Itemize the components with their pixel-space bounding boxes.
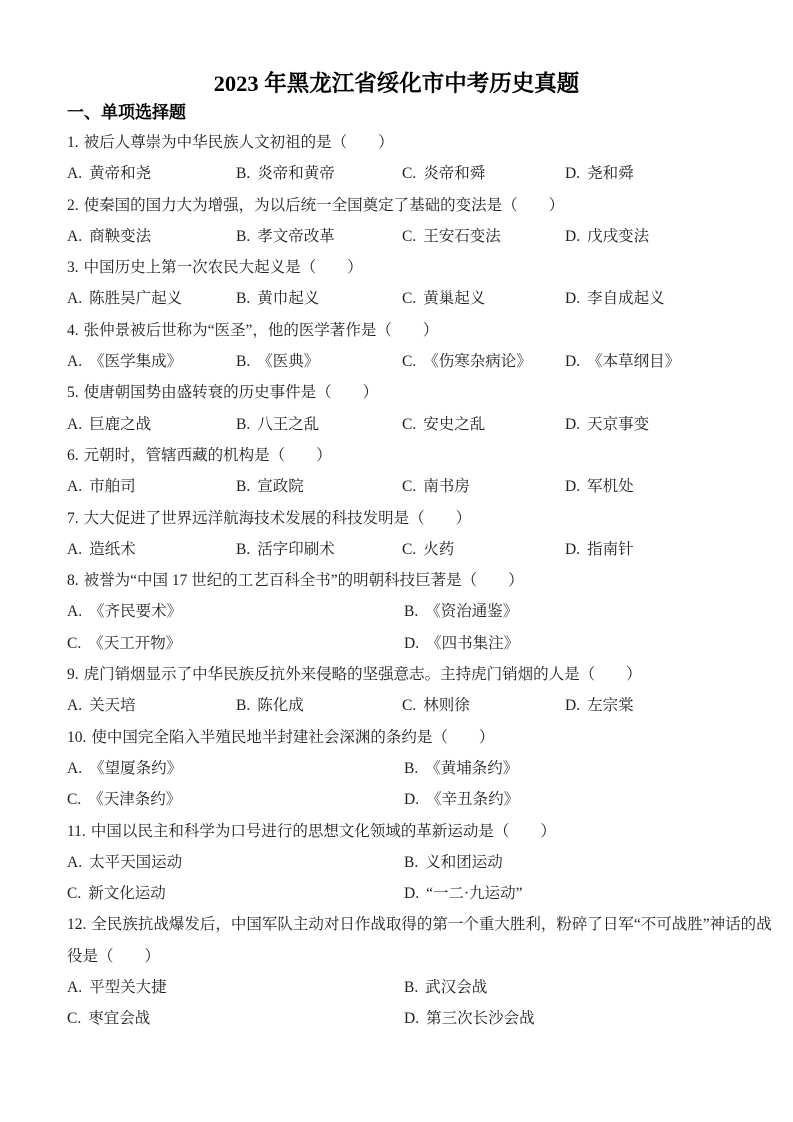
option-text: 戊戌变法 xyxy=(587,228,649,245)
option-text: 《伤寒杂病论》 xyxy=(423,353,532,370)
options-row: A.《医学集成》 B.《医典》 C.《伤寒杂病论》 D.《本草纲目》 xyxy=(67,346,763,377)
options-row: A.太平天国运动 B.义和团运动 xyxy=(67,847,763,878)
question-number: 4. xyxy=(67,322,79,339)
option-d: D.“一二·九运动” xyxy=(404,878,763,909)
option-text: 指南针 xyxy=(587,541,634,558)
question-text: 10.使中国完全陷入半殖民地半封建社会深渊的条约是（ ） xyxy=(67,722,763,753)
option-label: B. xyxy=(236,697,250,714)
option-c: C.林则徐 xyxy=(402,690,565,721)
question-number: 1. xyxy=(67,134,79,151)
question-number: 3. xyxy=(67,259,79,276)
question: 2.使秦国的国力大为增强，为以后统一全国奠定了基础的变法是（ ） A.商鞅变法 … xyxy=(67,190,763,253)
question-stem: 中国以民主和科学为口号进行的思想文化领域的革新运动是（ ） xyxy=(91,823,556,840)
option-label: B. xyxy=(236,478,250,495)
option-b: B.武汉会战 xyxy=(404,972,763,1003)
question: 8.被誉为“中国 17 世纪的工艺百科全书”的明朝科技巨著是（ ） A.《齐民要… xyxy=(67,565,763,659)
option-label: C. xyxy=(67,1010,81,1027)
option-a: A.关天培 xyxy=(67,690,236,721)
option-label: A. xyxy=(67,165,82,182)
option-label: D. xyxy=(565,353,580,370)
question: 9.虎门销烟显示了中华民族反抗外来侵略的坚强意志。主持虎门销烟的人是（ ） A.… xyxy=(67,659,763,722)
option-text: 王安石变法 xyxy=(423,228,501,245)
option-label: C. xyxy=(67,885,81,902)
option-b: B.八王之乱 xyxy=(236,409,402,440)
option-c: C.枣宜会战 xyxy=(67,1003,404,1034)
option-label: B. xyxy=(236,353,250,370)
option-d: D.《辛丑条约》 xyxy=(404,784,763,815)
question-stem: 使秦国的国力大为增强，为以后统一全国奠定了基础的变法是（ ） xyxy=(84,197,565,214)
option-text: 活字印刷术 xyxy=(257,541,335,558)
question-number: 12. xyxy=(67,916,86,933)
option-b: B.孝文帝改革 xyxy=(236,221,402,252)
option-d: D.军机处 xyxy=(565,471,763,502)
option-label: A. xyxy=(67,416,82,433)
option-label: D. xyxy=(404,885,419,902)
option-text: 《黄埔条约》 xyxy=(425,760,518,777)
option-label: D. xyxy=(565,697,580,714)
option-text: 左宗棠 xyxy=(587,697,634,714)
option-b: B.黄巾起义 xyxy=(236,283,402,314)
question-text: 4.张仲景被后世称为“医圣”，他的医学著作是（ ） xyxy=(67,315,763,346)
options-row: C.《天津条约》 D.《辛丑条约》 xyxy=(67,784,763,815)
option-text: 《齐民要术》 xyxy=(89,603,182,620)
option-c: C.黄巢起义 xyxy=(402,283,565,314)
question: 4.张仲景被后世称为“医圣”，他的医学著作是（ ） A.《医学集成》 B.《医典… xyxy=(67,315,763,378)
option-label: D. xyxy=(565,478,580,495)
option-a: A.《望厦条约》 xyxy=(67,753,404,784)
question-number: 9. xyxy=(67,666,79,683)
question-text: 8.被誉为“中国 17 世纪的工艺百科全书”的明朝科技巨著是（ ） xyxy=(67,565,763,596)
option-b: B.炎帝和黄帝 xyxy=(236,158,402,189)
option-label: B. xyxy=(236,541,250,558)
option-text: 林则徐 xyxy=(423,697,470,714)
option-text: 市舶司 xyxy=(89,478,136,495)
options-row: A.市舶司 B.宣政院 C.南书房 D.军机处 xyxy=(67,471,763,502)
option-text: 造纸术 xyxy=(89,541,136,558)
option-label: C. xyxy=(402,228,416,245)
option-text: 《本草纲目》 xyxy=(587,353,680,370)
question-text: 7.大大促进了世界远洋航海技术发展的科技发明是（ ） xyxy=(67,503,763,534)
options-row: C.新文化运动 D.“一二·九运动” xyxy=(67,878,763,909)
question: 6.元朝时，管辖西藏的机构是（ ） A.市舶司 B.宣政院 C.南书房 D.军机… xyxy=(67,440,763,503)
option-b: B.《黄埔条约》 xyxy=(404,753,763,784)
option-text: 宣政院 xyxy=(257,478,304,495)
option-text: 炎帝和黄帝 xyxy=(257,165,335,182)
option-text: 武汉会战 xyxy=(425,979,487,996)
question: 12.全民族抗战爆发后，中国军队主动对日作战取得的第一个重大胜利，粉碎了日军“不… xyxy=(67,909,763,1034)
question-number: 6. xyxy=(67,447,79,464)
option-label: B. xyxy=(404,603,418,620)
option-text: 黄巾起义 xyxy=(257,290,319,307)
option-text: 黄巢起义 xyxy=(423,290,485,307)
option-text: 天京事变 xyxy=(587,416,649,433)
option-c: C.新文化运动 xyxy=(67,878,404,909)
question-stem: 使唐朝国势由盛转衰的历史事件是（ ） xyxy=(84,384,379,401)
option-text: 《医典》 xyxy=(257,353,319,370)
question-stem: 大大促进了世界远洋航海技术发展的科技发明是（ ） xyxy=(84,510,472,527)
option-label: B. xyxy=(236,290,250,307)
option-a: A.陈胜吴广起义 xyxy=(67,283,236,314)
option-b: B.陈化成 xyxy=(236,690,402,721)
question-number: 11. xyxy=(67,823,86,840)
options-row: C.《天工开物》 D.《四书集注》 xyxy=(67,628,763,659)
question-stem: 中国历史上第一次农民大起义是（ ） xyxy=(84,259,363,276)
question-text-continued: 役是（ ） xyxy=(67,941,763,972)
option-text: 《资治通鉴》 xyxy=(425,603,518,620)
option-d: D.第三次长沙会战 xyxy=(404,1003,763,1034)
question-number: 5. xyxy=(67,384,79,401)
question-stem: 虎门销烟显示了中华民族反抗外来侵略的坚强意志。主持虎门销烟的人是（ ） xyxy=(84,666,642,683)
option-text: 第三次长沙会战 xyxy=(426,1010,535,1027)
option-label: C. xyxy=(402,541,416,558)
option-a: A.太平天国运动 xyxy=(67,847,404,878)
question-number: 8. xyxy=(67,572,79,589)
option-c: C.《天工开物》 xyxy=(67,628,404,659)
options-row: C.枣宜会战 D.第三次长沙会战 xyxy=(67,1003,763,1034)
option-d: D.左宗棠 xyxy=(565,690,763,721)
options-row: A.商鞅变法 B.孝文帝改革 C.王安石变法 D.戊戌变法 xyxy=(67,221,763,252)
option-label: A. xyxy=(67,697,82,714)
question-text: 2.使秦国的国力大为增强，为以后统一全国奠定了基础的变法是（ ） xyxy=(67,190,763,221)
options-row: A.《望厦条约》 B.《黄埔条约》 xyxy=(67,753,763,784)
option-c: C.《伤寒杂病论》 xyxy=(402,346,565,377)
options-row: A.巨鹿之战 B.八王之乱 C.安史之乱 D.天京事变 xyxy=(67,409,763,440)
option-text: 安史之乱 xyxy=(423,416,485,433)
options-row: A.平型关大捷 B.武汉会战 xyxy=(67,972,763,1003)
question-text: 6.元朝时，管辖西藏的机构是（ ） xyxy=(67,440,763,471)
question-text: 12.全民族抗战爆发后，中国军队主动对日作战取得的第一个重大胜利，粉碎了日军“不… xyxy=(67,909,763,940)
option-label: C. xyxy=(67,635,81,652)
option-label: B. xyxy=(236,165,250,182)
option-text: 《天津条约》 xyxy=(88,791,181,808)
options-row: A.关天培 B.陈化成 C.林则徐 D.左宗棠 xyxy=(67,690,763,721)
option-text: 军机处 xyxy=(587,478,634,495)
option-d: D.《四书集注》 xyxy=(404,628,763,659)
option-b: B.《资治通鉴》 xyxy=(404,596,763,627)
question: 11.中国以民主和科学为口号进行的思想文化领域的革新运动是（ ） A.太平天国运… xyxy=(67,816,763,910)
option-c: C.南书房 xyxy=(402,471,565,502)
option-c: C.《天津条约》 xyxy=(67,784,404,815)
question-number: 2. xyxy=(67,197,79,214)
options-row: A.陈胜吴广起义 B.黄巾起义 C.黄巢起义 D.李自成起义 xyxy=(67,283,763,314)
option-d: D.《本草纲目》 xyxy=(565,346,763,377)
option-a: A.平型关大捷 xyxy=(67,972,404,1003)
option-a: A.《齐民要术》 xyxy=(67,596,404,627)
option-label: D. xyxy=(565,228,580,245)
option-text: 《辛丑条约》 xyxy=(426,791,519,808)
question-stem: 被后人尊崇为中华民族人文初祖的是（ ） xyxy=(84,134,394,151)
question: 7.大大促进了世界远洋航海技术发展的科技发明是（ ） A.造纸术 B.活字印刷术… xyxy=(67,503,763,566)
question-stem: 使中国完全陷入半殖民地半封建社会深渊的条约是（ ） xyxy=(91,729,494,746)
option-label: A. xyxy=(67,854,82,871)
option-d: D.天京事变 xyxy=(565,409,763,440)
question-stem: 被誉为“中国 17 世纪的工艺百科全书”的明朝科技巨著是（ ） xyxy=(84,572,524,589)
option-text: “一二·九运动” xyxy=(426,885,522,902)
option-a: A.巨鹿之战 xyxy=(67,409,236,440)
option-a: A.造纸术 xyxy=(67,534,236,565)
option-text: 李自成起义 xyxy=(587,290,665,307)
option-label: C. xyxy=(402,165,416,182)
option-label: C. xyxy=(402,353,416,370)
question: 5.使唐朝国势由盛转衰的历史事件是（ ） A.巨鹿之战 B.八王之乱 C.安史之… xyxy=(67,377,763,440)
option-text: 平型关大捷 xyxy=(89,979,167,996)
option-label: D. xyxy=(404,1010,419,1027)
option-label: C. xyxy=(67,791,81,808)
options-row: A.《齐民要术》 B.《资治通鉴》 xyxy=(67,596,763,627)
option-text: 黄帝和尧 xyxy=(89,165,151,182)
option-label: B. xyxy=(236,416,250,433)
question: 1.被后人尊崇为中华民族人文初祖的是（ ） A.黄帝和尧 B.炎帝和黄帝 C.炎… xyxy=(67,127,763,190)
option-text: 《望厦条约》 xyxy=(89,760,182,777)
option-label: C. xyxy=(402,478,416,495)
option-c: C.王安石变法 xyxy=(402,221,565,252)
question-number: 10. xyxy=(67,729,86,746)
section-heading: 一、单项选择题 xyxy=(67,99,763,127)
option-label: A. xyxy=(67,290,82,307)
option-text: 太平天国运动 xyxy=(89,854,182,871)
option-text: 尧和舜 xyxy=(587,165,634,182)
option-text: 孝文帝改革 xyxy=(257,228,335,245)
question-text: 3.中国历史上第一次农民大起义是（ ） xyxy=(67,252,763,283)
option-text: 枣宜会战 xyxy=(88,1010,150,1027)
option-a: A.黄帝和尧 xyxy=(67,158,236,189)
exam-document: 2023 年黑龙江省绥化市中考历史真题 一、单项选择题 1.被后人尊崇为中华民族… xyxy=(0,0,793,1122)
option-text: 陈化成 xyxy=(257,697,304,714)
option-label: C. xyxy=(402,290,416,307)
option-label: B. xyxy=(236,228,250,245)
option-d: D.尧和舜 xyxy=(565,158,763,189)
option-a: A.《医学集成》 xyxy=(67,346,236,377)
question: 10.使中国完全陷入半殖民地半封建社会深渊的条约是（ ） A.《望厦条约》 B.… xyxy=(67,722,763,816)
option-label: A. xyxy=(67,228,82,245)
question-text: 1.被后人尊崇为中华民族人文初祖的是（ ） xyxy=(67,127,763,158)
option-label: B. xyxy=(404,760,418,777)
option-label: B. xyxy=(404,854,418,871)
option-label: D. xyxy=(565,165,580,182)
question-stem: 元朝时，管辖西藏的机构是（ ） xyxy=(84,447,332,464)
option-text: 火药 xyxy=(423,541,454,558)
option-text: 新文化运动 xyxy=(88,885,166,902)
option-label: A. xyxy=(67,979,82,996)
option-d: D.戊戌变法 xyxy=(565,221,763,252)
option-text: 八王之乱 xyxy=(257,416,319,433)
option-label: D. xyxy=(565,541,580,558)
option-label: A. xyxy=(67,353,82,370)
options-row: A.造纸术 B.活字印刷术 C.火药 D.指南针 xyxy=(67,534,763,565)
question-text: 5.使唐朝国势由盛转衰的历史事件是（ ） xyxy=(67,377,763,408)
option-label: C. xyxy=(402,416,416,433)
option-text: 巨鹿之战 xyxy=(89,416,151,433)
question: 3.中国历史上第一次农民大起义是（ ） A.陈胜吴广起义 B.黄巾起义 C.黄巢… xyxy=(67,252,763,315)
option-label: B. xyxy=(404,979,418,996)
question-text: 11.中国以民主和科学为口号进行的思想文化领域的革新运动是（ ） xyxy=(67,816,763,847)
option-text: 南书房 xyxy=(423,478,470,495)
option-b: B.义和团运动 xyxy=(404,847,763,878)
option-label: D. xyxy=(404,791,419,808)
option-c: C.安史之乱 xyxy=(402,409,565,440)
option-text: 《四书集注》 xyxy=(426,635,519,652)
question-stem: 张仲景被后世称为“医圣”，他的医学著作是（ ） xyxy=(84,322,439,339)
option-text: 陈胜吴广起义 xyxy=(89,290,182,307)
question-stem: 役是（ ） xyxy=(67,948,160,965)
question-stem: 全民族抗战爆发后，中国军队主动对日作战取得的第一个重大胜利，粉碎了日军“不可战胜… xyxy=(91,916,771,933)
option-b: B.宣政院 xyxy=(236,471,402,502)
option-label: D. xyxy=(404,635,419,652)
option-label: D. xyxy=(565,290,580,307)
option-a: A.商鞅变法 xyxy=(67,221,236,252)
option-label: A. xyxy=(67,603,82,620)
options-row: A.黄帝和尧 B.炎帝和黄帝 C.炎帝和舜 D.尧和舜 xyxy=(67,158,763,189)
option-text: 《天工开物》 xyxy=(88,635,181,652)
option-d: D.李自成起义 xyxy=(565,283,763,314)
option-text: 关天培 xyxy=(89,697,136,714)
option-label: A. xyxy=(67,541,82,558)
option-b: B.活字印刷术 xyxy=(236,534,402,565)
option-text: 义和团运动 xyxy=(425,854,503,871)
option-label: A. xyxy=(67,760,82,777)
question-number: 7. xyxy=(67,510,79,527)
option-text: 商鞅变法 xyxy=(89,228,151,245)
option-label: A. xyxy=(67,478,82,495)
option-label: C. xyxy=(402,697,416,714)
option-b: B.《医典》 xyxy=(236,346,402,377)
option-c: C.火药 xyxy=(402,534,565,565)
option-d: D.指南针 xyxy=(565,534,763,565)
option-text: 炎帝和舜 xyxy=(423,165,485,182)
option-c: C.炎帝和舜 xyxy=(402,158,565,189)
option-label: D. xyxy=(565,416,580,433)
option-a: A.市舶司 xyxy=(67,471,236,502)
document-title: 2023 年黑龙江省绥化市中考历史真题 xyxy=(0,69,793,99)
question-text: 9.虎门销烟显示了中华民族反抗外来侵略的坚强意志。主持虎门销烟的人是（ ） xyxy=(67,659,763,690)
option-text: 《医学集成》 xyxy=(89,353,182,370)
